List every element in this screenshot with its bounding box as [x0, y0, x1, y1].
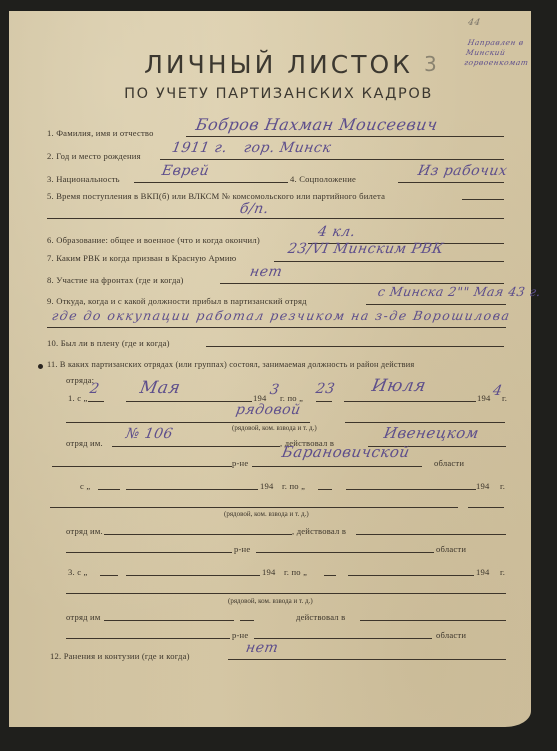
entry-3-otryad-line-b: [240, 620, 254, 621]
entry-3-year1: 194: [262, 567, 276, 577]
entry-1-g-end: г.: [502, 393, 507, 403]
field-7-line: [274, 261, 504, 262]
field-4-value: Из рабочих: [417, 163, 509, 179]
entry-1-position: рядовой: [235, 402, 302, 418]
field-10-label: 10. Был ли в плену (где и когда): [47, 338, 170, 348]
entry-2-rne-label: р-не: [234, 544, 250, 554]
entry-1-position-line-a: [66, 422, 310, 423]
entry-2-deistvoval-label: , действовал в: [292, 526, 346, 536]
field-3-line: [134, 182, 288, 183]
field-5-line-a: [462, 199, 504, 200]
document-subtitle: ПО УЧЕТУ ПАРТИЗАНСКИХ КАДРОВ: [0, 86, 557, 102]
field-12-value: нет: [245, 640, 280, 656]
entry-1-otryad-line: [112, 446, 280, 447]
entry-2-from-day-line: [98, 489, 120, 490]
field-2-label: 2. Год и место рождения: [47, 151, 141, 161]
field-4-label: 4. Соцположение: [290, 174, 356, 184]
entry-1-from-month: Мая: [138, 378, 182, 398]
entry-1-from-month-line: [126, 401, 252, 402]
entry-2-from-month-line: [126, 489, 258, 490]
entry-3-rne-line-b: [254, 638, 432, 639]
field-1-label: 1. Фамилия, имя и отчество: [47, 128, 154, 138]
entry-2-num: с „: [80, 481, 90, 491]
field-1-line: [186, 136, 504, 137]
entry-1-rne-value: Барановичской: [280, 443, 411, 461]
top-right-mark: 44: [467, 18, 481, 28]
margin-note: Направлен в Минский горвоенкомат: [463, 38, 538, 68]
entry-3-num: 3. с „: [68, 567, 88, 577]
field-4-line: [398, 182, 504, 183]
entry-2-otryad-line: [104, 534, 292, 535]
entry-2-oblast-label: области: [436, 544, 466, 554]
entry-1-deistvoval-value: Ивенецком: [382, 424, 480, 442]
field-3-label: 3. Национальность: [47, 174, 120, 184]
entry-2-deistvoval-line: [356, 534, 506, 535]
entry-1-rne-line-a: [52, 466, 232, 467]
entry-1-otryad-label: отряд им.: [66, 438, 103, 448]
entry-2-g-po: г. по „: [282, 481, 305, 491]
field-6-label: 6. Образование: общее и военное (что и к…: [47, 235, 260, 245]
field-9-line-b: [47, 327, 506, 328]
entry-3-to-month-line: [348, 575, 474, 576]
entry-2-position-line-b: [468, 507, 504, 508]
entry-3-rne-label: р-не: [232, 630, 248, 640]
entry-2-rne-line-a: [66, 552, 232, 553]
entry-3-otryad-label: отряд им: [66, 612, 100, 622]
entry-2-to-day-line: [318, 489, 332, 490]
entry-3-deistvoval-label: действовал в: [296, 612, 345, 622]
field-7-value: 23/VI Минским РВК: [287, 241, 445, 257]
entry-1-num: 1. с „: [68, 393, 88, 403]
entry-2-year2: 194: [476, 481, 490, 491]
field-8-label: 8. Участие на фронтах (где и когда): [47, 275, 184, 285]
entry-1-rne-line-b: [252, 466, 422, 467]
entry-3-year2: 194: [476, 567, 490, 577]
entry-1-rne-label: р-не: [232, 458, 248, 468]
entry-1-to-day-line: [316, 401, 332, 402]
entry-3-otryad-line-a: [104, 620, 234, 621]
entry-3-rne-line-a: [66, 638, 230, 639]
entry-1-position-line-b: [345, 422, 505, 423]
entry-2-g-end: г.: [500, 481, 505, 491]
field-9-value-line2: где до оккупации работал резчиком на з-д…: [51, 308, 512, 323]
field-5-line-b: [47, 218, 504, 219]
entry-3-to-day-line: [324, 575, 336, 576]
field-2-year: 1911 г.: [171, 140, 229, 156]
entry-2-to-month-line: [346, 489, 476, 490]
field-9-label: 9. Откуда, когда и с какой должности при…: [47, 296, 307, 306]
field-7-label: 7. Каким РВК и когда призван в Красную А…: [47, 253, 236, 263]
field-10-line: [206, 346, 504, 347]
field-1-value: Бобров Нахман Моисеевич: [194, 115, 439, 134]
field-12-line: [228, 659, 506, 660]
entry-3-position-line: [66, 593, 506, 594]
entry-3-from-day-line: [100, 575, 118, 576]
entry-3-position-hint: (рядовой, ком. взвода и т. д.): [228, 597, 313, 605]
field-12-label: 12. Ранения и контузии (где и когда): [50, 651, 190, 661]
field-5-value: б/п.: [239, 201, 271, 217]
field-5-label: 5. Время поступления в ВКП(б) или ВЛКСМ …: [47, 191, 385, 201]
entry-1-otryad-value: № 106: [125, 426, 175, 442]
field-9-value-line1: с Минска 2"" Мая 43 г.: [377, 284, 543, 299]
pencil-page-number: 3: [424, 52, 437, 76]
entry-3-deistvoval-line: [360, 620, 506, 621]
entry-1-oblast-label: области: [434, 458, 464, 468]
field-9-line-a: [366, 304, 506, 305]
entry-3-from-month-line: [126, 575, 260, 576]
entry-3-g-end: г.: [500, 567, 505, 577]
entry-1-to-month: Июля: [370, 376, 427, 396]
entry-1-to-month-line: [344, 401, 476, 402]
entry-1-from-day-line: [88, 401, 104, 402]
punch-mark: [38, 364, 43, 369]
entry-3-g-po: г. по „: [284, 567, 307, 577]
entry-1-position-hint: (рядовой, ком. взвода и т. д.): [232, 424, 317, 432]
entry-2-year1: 194: [260, 481, 274, 491]
entry-1-to-day: 23: [315, 381, 337, 397]
field-11-label-line1: 11. В каких партизанских отрядах (или гр…: [47, 360, 414, 369]
entry-3-oblast-label: области: [436, 630, 466, 640]
entry-1-to-year-prefix: 194: [477, 393, 491, 403]
field-2-place: гор. Минск: [243, 140, 333, 156]
entry-2-otryad-label: отряд им.: [66, 526, 103, 536]
field-2-line: [160, 159, 504, 160]
entry-2-rne-line-b: [256, 552, 434, 553]
entry-2-position-hint: (рядовой, ком. взвода и т. д.): [224, 510, 309, 518]
field-3-value: Еврей: [161, 163, 211, 179]
field-6-value: 4 кл.: [317, 224, 357, 240]
field-8-value: нет: [249, 264, 284, 280]
entry-2-position-line-a: [50, 507, 458, 508]
